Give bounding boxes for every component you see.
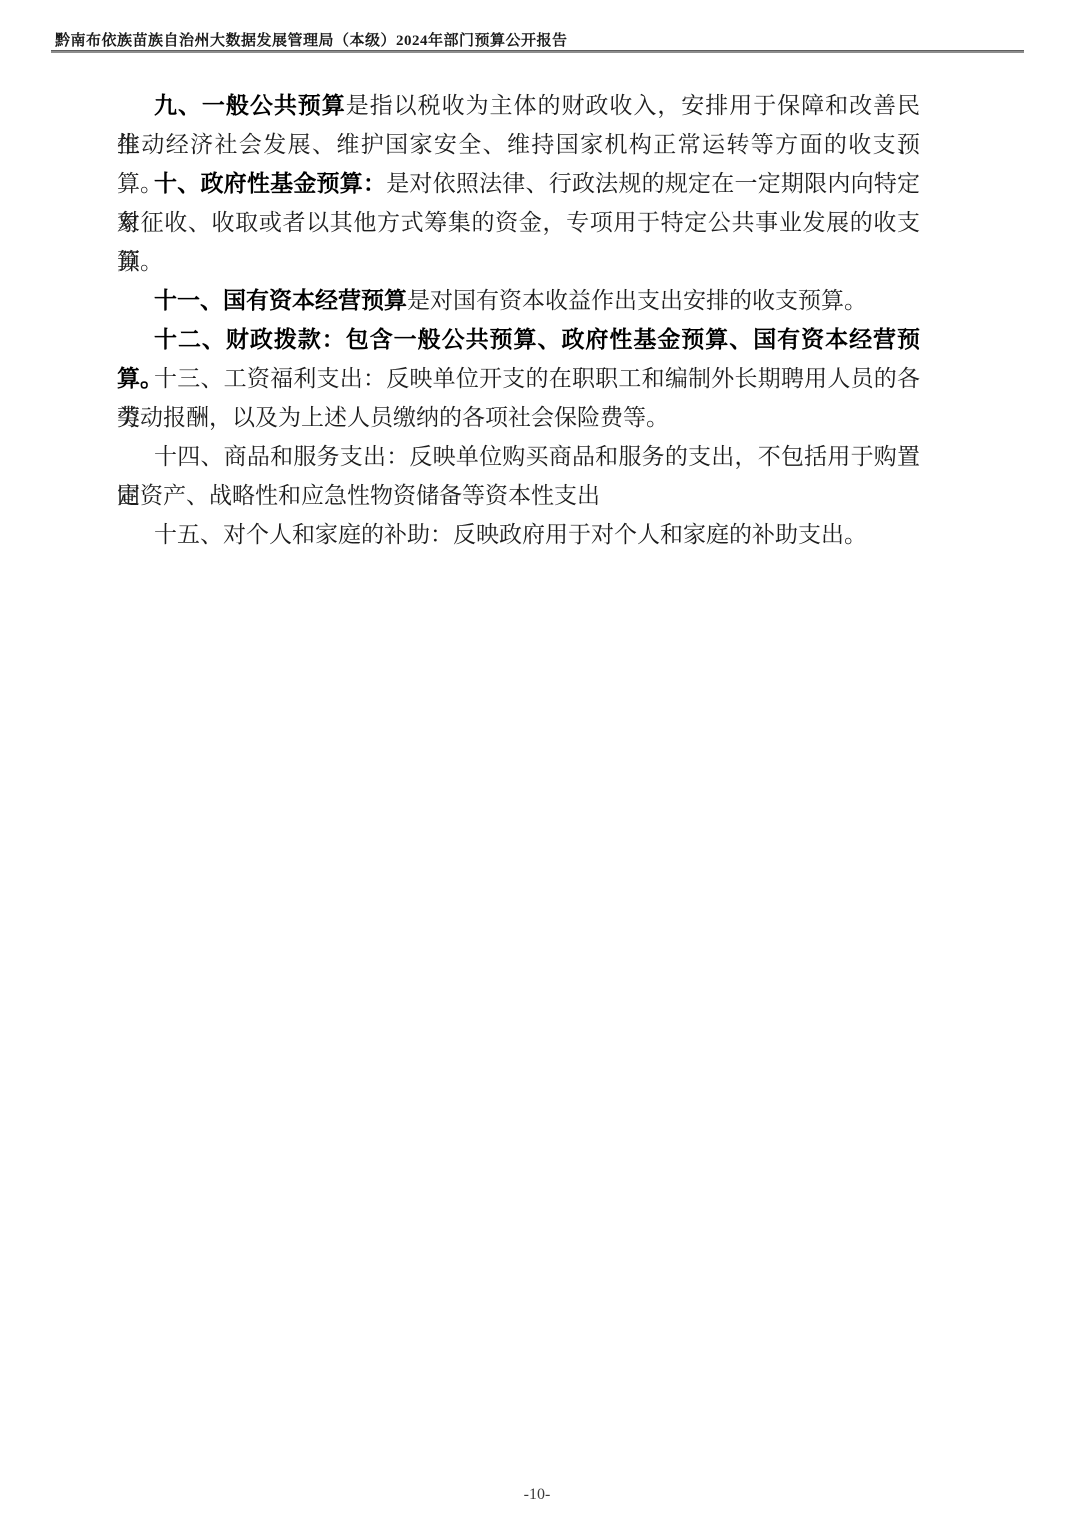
text-line: 象征收、收取或者以其他方式筹集的资金，专项用于特定公共事业发展的收支预 bbox=[117, 203, 920, 242]
page-number: -10- bbox=[0, 1486, 1074, 1504]
text-run: 定资产、战略性和应急性物资储备等资本性支出 bbox=[117, 483, 600, 508]
text-line: 十三、工资福利支出：反映单位开支的在职职工和编制外长期聘用人员的各类 bbox=[117, 359, 920, 398]
text-run: 是对国有资本收益作出支出安排的收支预算。 bbox=[407, 288, 867, 313]
text-line: 劳动报酬，以及为上述人员缴纳的各项社会保险费等。 bbox=[117, 398, 920, 437]
text-run: 十五、对个人和家庭的补助：反映政府用于对个人和家庭的补助支出。 bbox=[154, 522, 867, 547]
header-rule-divider bbox=[51, 50, 1024, 53]
text-run-bold: 九、一般公共预算 bbox=[154, 92, 346, 118]
paragraph-item-12: 十二、财政拨款：包含一般公共预算、政府性基金预算、国有资本经营预算。 bbox=[117, 320, 920, 359]
text-line: 十五、对个人和家庭的补助：反映政府用于对个人和家庭的补助支出。 bbox=[117, 515, 920, 554]
text-line: 定资产、战略性和应急性物资储备等资本性支出 bbox=[117, 476, 920, 515]
text-run: 算。 bbox=[117, 249, 163, 274]
text-line: 十二、财政拨款：包含一般公共预算、政府性基金预算、国有资本经营预算。 bbox=[117, 320, 920, 359]
document-page: 黔南布依族苗族自治州大数据发展管理局（本级）2024年部门预算公开报告 九、一般… bbox=[0, 0, 1074, 1520]
paragraph-item-11: 十一、国有资本经营预算是对国有资本收益作出支出安排的收支预算。 bbox=[117, 281, 920, 320]
text-line: 九、一般公共预算是指以税收为主体的财政收入，安排用于保障和改善民生、 bbox=[117, 86, 920, 125]
paragraph-item-13: 十三、工资福利支出：反映单位开支的在职职工和编制外长期聘用人员的各类劳动报酬，以… bbox=[117, 359, 920, 437]
document-body: 九、一般公共预算是指以税收为主体的财政收入，安排用于保障和改善民生、推动经济社会… bbox=[117, 86, 920, 554]
paragraph-item-14: 十四、商品和服务支出：反映单位购买商品和服务的支出，不包括用于购置固定资产、战略… bbox=[117, 437, 920, 515]
text-run-bold: 十一、国有资本经营预算 bbox=[154, 287, 407, 313]
text-line: 十、政府性基金预算：是对依照法律、行政法规的规定在一定期限内向特定对 bbox=[117, 164, 920, 203]
text-run-bold: 十、政府性基金预算： bbox=[154, 170, 386, 196]
text-line: 十四、商品和服务支出：反映单位购买商品和服务的支出，不包括用于购置固 bbox=[117, 437, 920, 476]
paragraph-item-15: 十五、对个人和家庭的补助：反映政府用于对个人和家庭的补助支出。 bbox=[117, 515, 920, 554]
page-header-title: 黔南布依族苗族自治州大数据发展管理局（本级）2024年部门预算公开报告 bbox=[55, 29, 568, 50]
text-line: 算。 bbox=[117, 242, 920, 281]
text-line: 十一、国有资本经营预算是对国有资本收益作出支出安排的收支预算。 bbox=[117, 281, 920, 320]
paragraph-item-9: 九、一般公共预算是指以税收为主体的财政收入，安排用于保障和改善民生、推动经济社会… bbox=[117, 86, 920, 164]
text-line: 推动经济社会发展、维护国家安全、维持国家机构正常运转等方面的收支预算。 bbox=[117, 125, 920, 164]
paragraph-item-10: 十、政府性基金预算：是对依照法律、行政法规的规定在一定期限内向特定对象征收、收取… bbox=[117, 164, 920, 281]
text-run: 劳动报酬，以及为上述人员缴纳的各项社会保险费等。 bbox=[117, 405, 669, 430]
